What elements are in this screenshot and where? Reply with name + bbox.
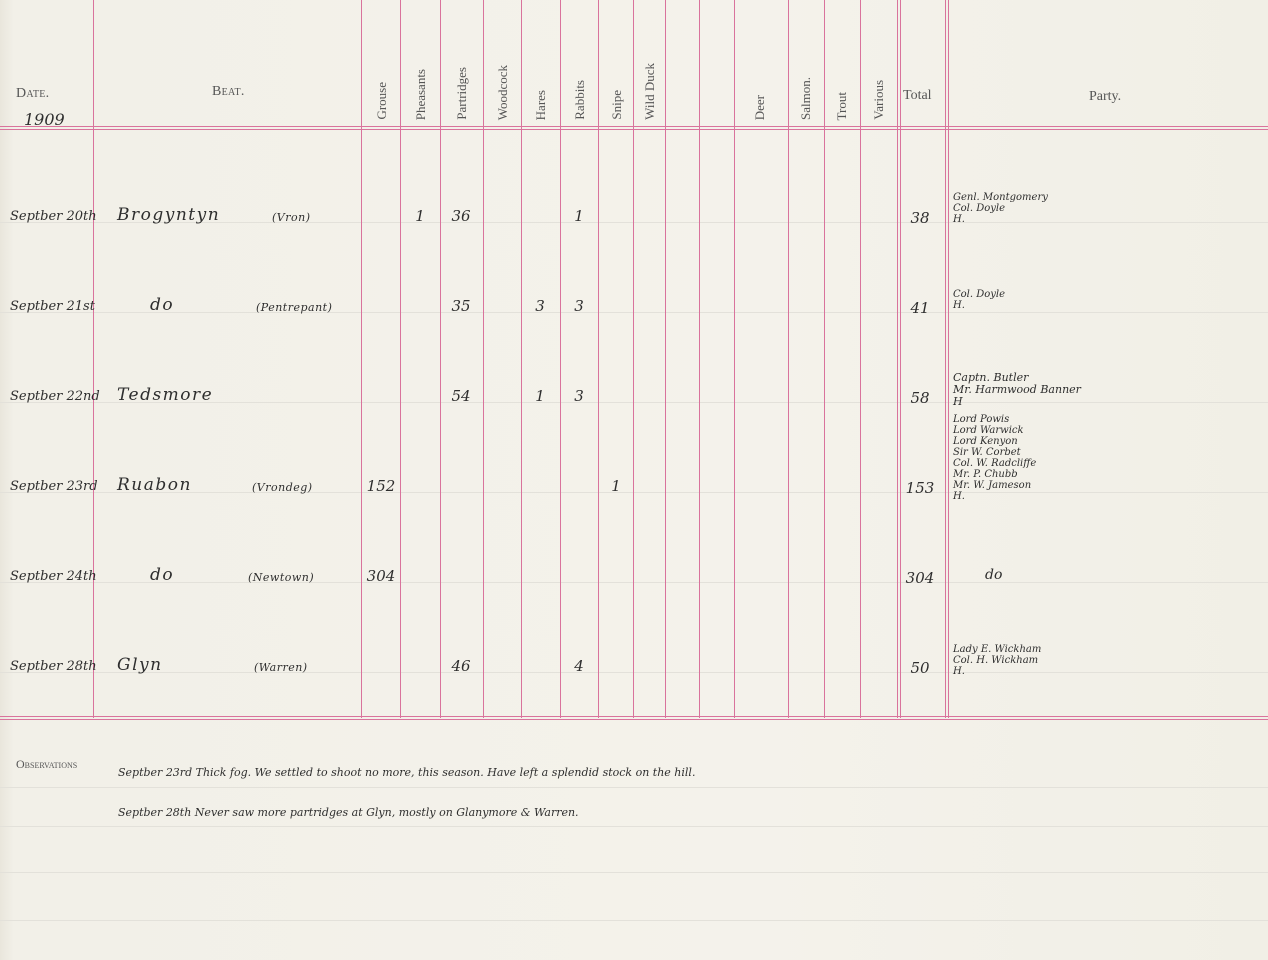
header-deer: Deer	[752, 95, 768, 120]
column-rule	[665, 0, 666, 718]
row-beat: Ruabon	[117, 475, 192, 495]
year: 1909	[24, 110, 65, 129]
row-count-rabbits: 1	[561, 207, 597, 225]
row-beat-detail: (Vrondeg)	[252, 481, 313, 494]
row-beat: Glyn	[117, 655, 163, 675]
row-count-partridges: 46	[443, 657, 479, 675]
row-total: 38	[902, 209, 938, 227]
row-total: 304	[902, 569, 938, 587]
column-rule	[633, 0, 634, 718]
header-date: Date.	[16, 86, 49, 102]
header-rabbits: Rabbits	[572, 80, 588, 120]
column-rule	[860, 0, 861, 718]
ruling-line	[0, 920, 1268, 921]
header-various: Various	[871, 80, 887, 120]
row-party: Col. DoyleH.	[953, 289, 1005, 311]
row-count-rabbits: 3	[561, 297, 597, 315]
header-grouse: Grouse	[374, 82, 390, 120]
column-rule	[699, 0, 700, 718]
observation-line: Septber 23rd Thick fog. We settled to sh…	[118, 766, 695, 779]
column-rule	[400, 0, 401, 718]
party-member: Lady E. Wickham	[953, 644, 1041, 655]
column-rule	[734, 0, 735, 718]
row-count-grouse: 304	[363, 567, 399, 585]
row-date: Septber 20th	[10, 209, 97, 224]
row-date: Septber 21st	[10, 299, 95, 314]
party-member: Col. H. Wickham	[953, 655, 1041, 666]
row-beat: do	[150, 565, 174, 585]
party-member: Sir W. Corbet	[953, 447, 1036, 458]
row-party: Genl. MontgomeryCol. DoyleH.	[953, 192, 1048, 225]
column-rule	[440, 0, 441, 718]
header-pheasants: Pheasants	[413, 69, 429, 120]
row-total: 58	[902, 389, 938, 407]
ruling-line	[0, 582, 1268, 583]
party-member: Mr. W. Jameson	[953, 480, 1036, 491]
column-rule	[788, 0, 789, 718]
row-count-rabbits: 3	[561, 387, 597, 405]
party-member: Lord Powis	[953, 414, 1036, 425]
header-salmon: Salmon.	[798, 77, 814, 120]
row-date: Septber 22nd	[10, 389, 100, 404]
row-beat-detail: (Warren)	[254, 661, 308, 674]
party-member: Mr. Harmwood Banner	[953, 384, 1081, 396]
row-date: Septber 23rd	[10, 479, 98, 494]
ruling-line	[0, 787, 1268, 788]
row-count-hares: 3	[522, 297, 558, 315]
party-member: Col. Doyle	[953, 203, 1048, 214]
row-beat: do	[150, 295, 174, 315]
row-party: do	[985, 570, 1002, 581]
column-rule	[361, 0, 362, 718]
row-party: Captn. ButlerMr. Harmwood BannerH	[953, 372, 1081, 408]
party-member: H.	[953, 491, 1036, 502]
row-count-pheasants: 1	[402, 207, 438, 225]
party-member: Lord Kenyon	[953, 436, 1036, 447]
ruling-line	[0, 826, 1268, 827]
party-member: H.	[953, 214, 1048, 225]
party-member: Col. Doyle	[953, 289, 1005, 300]
header-party: Party.	[1089, 89, 1121, 105]
column-rule	[483, 0, 484, 718]
row-count-snipe: 1	[598, 477, 634, 495]
row-date: Septber 28th	[10, 659, 97, 674]
header-trout: Trout	[834, 92, 850, 120]
header-rule	[0, 126, 1268, 130]
row-beat-detail: (Pentrepant)	[256, 301, 332, 314]
row-count-partridges: 35	[443, 297, 479, 315]
header-snipe: Snipe	[609, 90, 625, 120]
row-date: Septber 24th	[10, 569, 97, 584]
column-rule	[93, 0, 94, 718]
row-count-partridges: 36	[443, 207, 479, 225]
row-total: 41	[902, 299, 938, 317]
ruling-line	[0, 672, 1268, 673]
row-total: 153	[902, 479, 938, 497]
ruling-line	[0, 312, 1268, 313]
row-count-rabbits: 4	[561, 657, 597, 675]
column-rule	[824, 0, 825, 718]
observations-label: Observations	[16, 757, 77, 772]
party-member: Col. W. Radcliffe	[953, 458, 1036, 469]
row-beat: Tedsmore	[117, 385, 213, 405]
header-beat: Beat.	[212, 84, 245, 100]
table-bottom-rule	[0, 716, 1268, 720]
header-wild-duck: Wild Duck	[642, 63, 658, 120]
party-member: Mr. P. Chubb	[953, 469, 1036, 480]
party-member: H	[953, 396, 1081, 408]
column-rule	[598, 0, 599, 718]
row-beat-detail: (Newtown)	[248, 571, 314, 584]
column-rule	[560, 0, 561, 718]
party-member: Lord Warwick	[953, 425, 1036, 436]
column-rule	[521, 0, 522, 718]
row-beat-detail: (Vron)	[272, 211, 311, 224]
header-woodcock: Woodcock	[495, 65, 511, 120]
row-count-partridges: 54	[443, 387, 479, 405]
total-column-rule	[897, 0, 901, 718]
row-beat: Brogyntyn	[117, 205, 220, 225]
row-count-grouse: 152	[363, 477, 399, 495]
party-member: Genl. Montgomery	[953, 192, 1048, 203]
header-partridges: Partridges	[454, 67, 470, 120]
header-hares: Hares	[533, 90, 549, 120]
ledger-page: Date. Beat. 1909 Grouse Pheasants Partri…	[0, 0, 1268, 960]
row-party: Lord PowisLord WarwickLord KenyonSir W. …	[953, 414, 1036, 502]
observation-line: Septber 28th Never saw more partridges a…	[118, 806, 579, 819]
row-total: 50	[902, 659, 938, 677]
row-party: Lady E. WickhamCol. H. WickhamH.	[953, 644, 1041, 677]
ruling-line	[0, 872, 1268, 873]
row-count-hares: 1	[522, 387, 558, 405]
party-column-rule	[945, 0, 949, 718]
party-member: do	[985, 570, 1002, 581]
party-member: H.	[953, 666, 1041, 677]
party-member: H.	[953, 300, 1005, 311]
header-total: Total	[903, 88, 932, 104]
